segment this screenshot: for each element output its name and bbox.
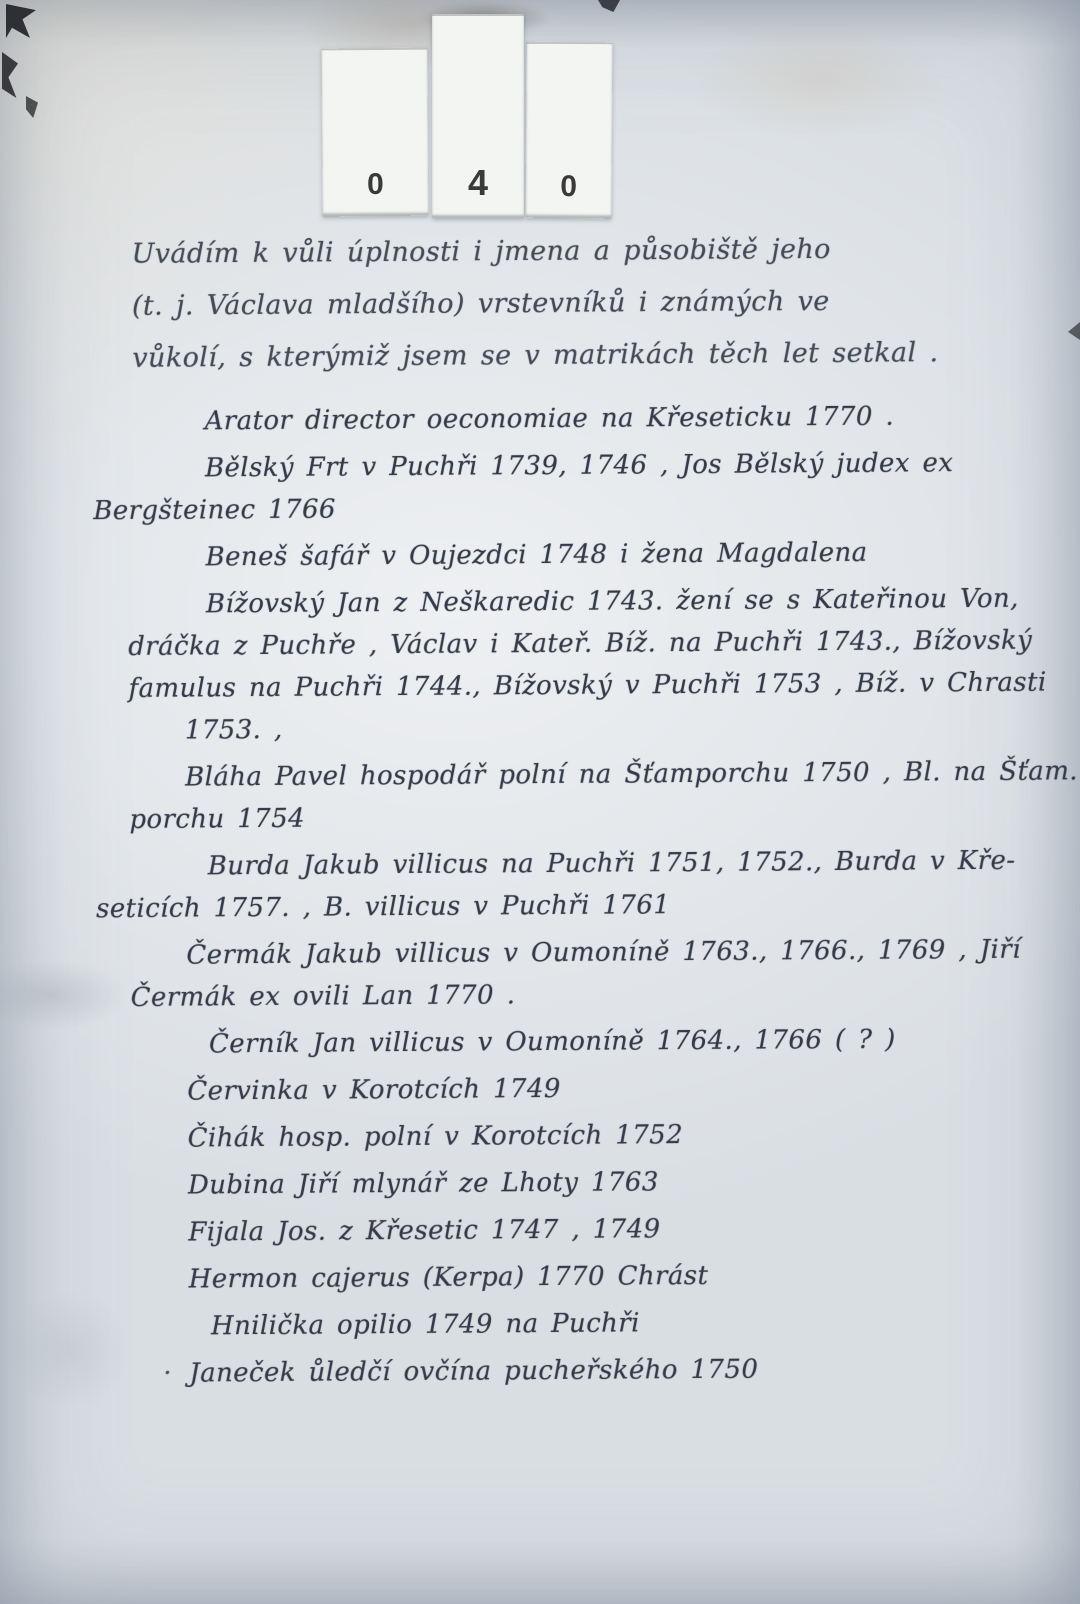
manuscript-line: Bergšteinec 1766 xyxy=(93,484,957,532)
entry-list: Arator director oeconomiae na Křeseticku… xyxy=(127,395,964,1400)
manuscript-line: Hermon cajerus (Kerpa) 1770 Chrást xyxy=(133,1253,963,1301)
page-number-digit: 4 xyxy=(432,162,524,204)
manuscript-entry: Bláha Pavel hospodář polní na Šťamporchu… xyxy=(129,751,960,841)
manuscript-entry: Hnilička opilio 1749 na Puchři xyxy=(133,1300,963,1348)
manuscript-entry: ·Janeček ůledčí ovčína pucheřského 1750 xyxy=(133,1347,963,1395)
manuscript-line: famulus na Puchři 1744., Bížovský v Puch… xyxy=(128,662,958,710)
manuscript-line: Bělský Frt v Puchři 1739, 1746 , Jos Běl… xyxy=(127,442,957,490)
manuscript-line: porchu 1754 xyxy=(129,793,959,841)
manuscript-line: dráčka z Puchře , Václav i Kateř. Bíž. n… xyxy=(128,620,958,668)
manuscript-line: Černík Jan villicus v Oumoníně 1764., 17… xyxy=(131,1018,961,1066)
manuscript-entry: Arator director oeconomiae na Křeseticku… xyxy=(127,395,957,443)
manuscript-entry: Burda Jakub villicus na Puchři 1751, 175… xyxy=(130,840,961,930)
page-number-digit: 0 xyxy=(525,170,611,205)
manuscript-entry: Bížovský Jan z Neškaredic 1743. žení se … xyxy=(128,578,959,752)
manuscript-entry: Beneš šafář v Oujezdci 1748 i žena Magda… xyxy=(127,531,957,579)
manuscript-line: Bížovský Jan z Neškaredic 1743. žení se … xyxy=(128,578,958,626)
manuscript-line: Arator director oeconomiae na Křeseticku… xyxy=(127,395,957,443)
manuscript-entry: Hermon cajerus (Kerpa) 1770 Chrást xyxy=(133,1253,963,1301)
manuscript-entry: Fijala Jos. z Křesetic 1747 , 1749 xyxy=(132,1206,962,1254)
page-number-slip-middle: 4 xyxy=(432,14,524,218)
manuscript-entry: Bělský Frt v Puchři 1739, 1746 , Jos Běl… xyxy=(127,442,958,532)
manuscript-line: 1753. , xyxy=(129,704,959,752)
manuscript-line: Hnilička opilio 1749 na Puchři xyxy=(133,1300,963,1348)
manuscript-line: Beneš šafář v Oujezdci 1748 i žena Magda… xyxy=(127,531,957,579)
intro-paragraph: Uvádím k vůli úplnosti i jmena a působiš… xyxy=(131,223,912,384)
manuscript-line: Dubina Jiří mlynář ze Lhoty 1763 xyxy=(132,1159,962,1207)
manuscript-entry: Čermák Jakub villicus v Oumoníně 1763., … xyxy=(130,929,961,1019)
manuscript-entry: Čihák hosp. polní v Korotcích 1752 xyxy=(132,1112,962,1160)
manuscript-line: Čihák hosp. polní v Korotcích 1752 xyxy=(132,1112,962,1160)
manuscript-entry: Červinka v Korotcích 1749 xyxy=(131,1065,961,1113)
manuscript-entry: Dubina Jiří mlynář ze Lhoty 1763 xyxy=(132,1159,962,1207)
manuscript-line: Uvádím k vůli úplnosti i jmena a působiš… xyxy=(131,223,911,280)
manuscript-line: (t. j. Václava mladšího) vrstevníků i zn… xyxy=(132,275,912,332)
manuscript-line: Čermák ex ovili Lan 1770 . xyxy=(131,971,961,1019)
manuscript-line: seticích 1757. , B. villicus v Puchři 17… xyxy=(96,882,960,930)
manuscript-line: Fijala Jos. z Křesetic 1747 , 1749 xyxy=(132,1206,962,1254)
page-number-digit: 0 xyxy=(322,168,428,203)
manuscript-line: Červinka v Korotcích 1749 xyxy=(131,1065,961,1113)
manuscript-line: ·Janeček ůledčí ovčína pucheřského 1750 xyxy=(133,1347,963,1395)
page-number-slip-right: 0 xyxy=(525,42,612,219)
manuscript-line: vůkolí, s kterýmiž jsem se v matrikách t… xyxy=(132,327,912,384)
manuscript-line: Burda Jakub villicus na Puchři 1751, 175… xyxy=(130,840,960,888)
manuscript-line: Čermák Jakub villicus v Oumoníně 1763., … xyxy=(130,929,960,977)
margin-dot-mark: · xyxy=(163,1352,189,1394)
page-number-slip-left: 0 xyxy=(321,48,428,217)
manuscript-line: Bláha Pavel hospodář polní na Šťamporchu… xyxy=(129,751,959,799)
manuscript-entry: Černík Jan villicus v Oumoníně 1764., 17… xyxy=(131,1018,961,1066)
